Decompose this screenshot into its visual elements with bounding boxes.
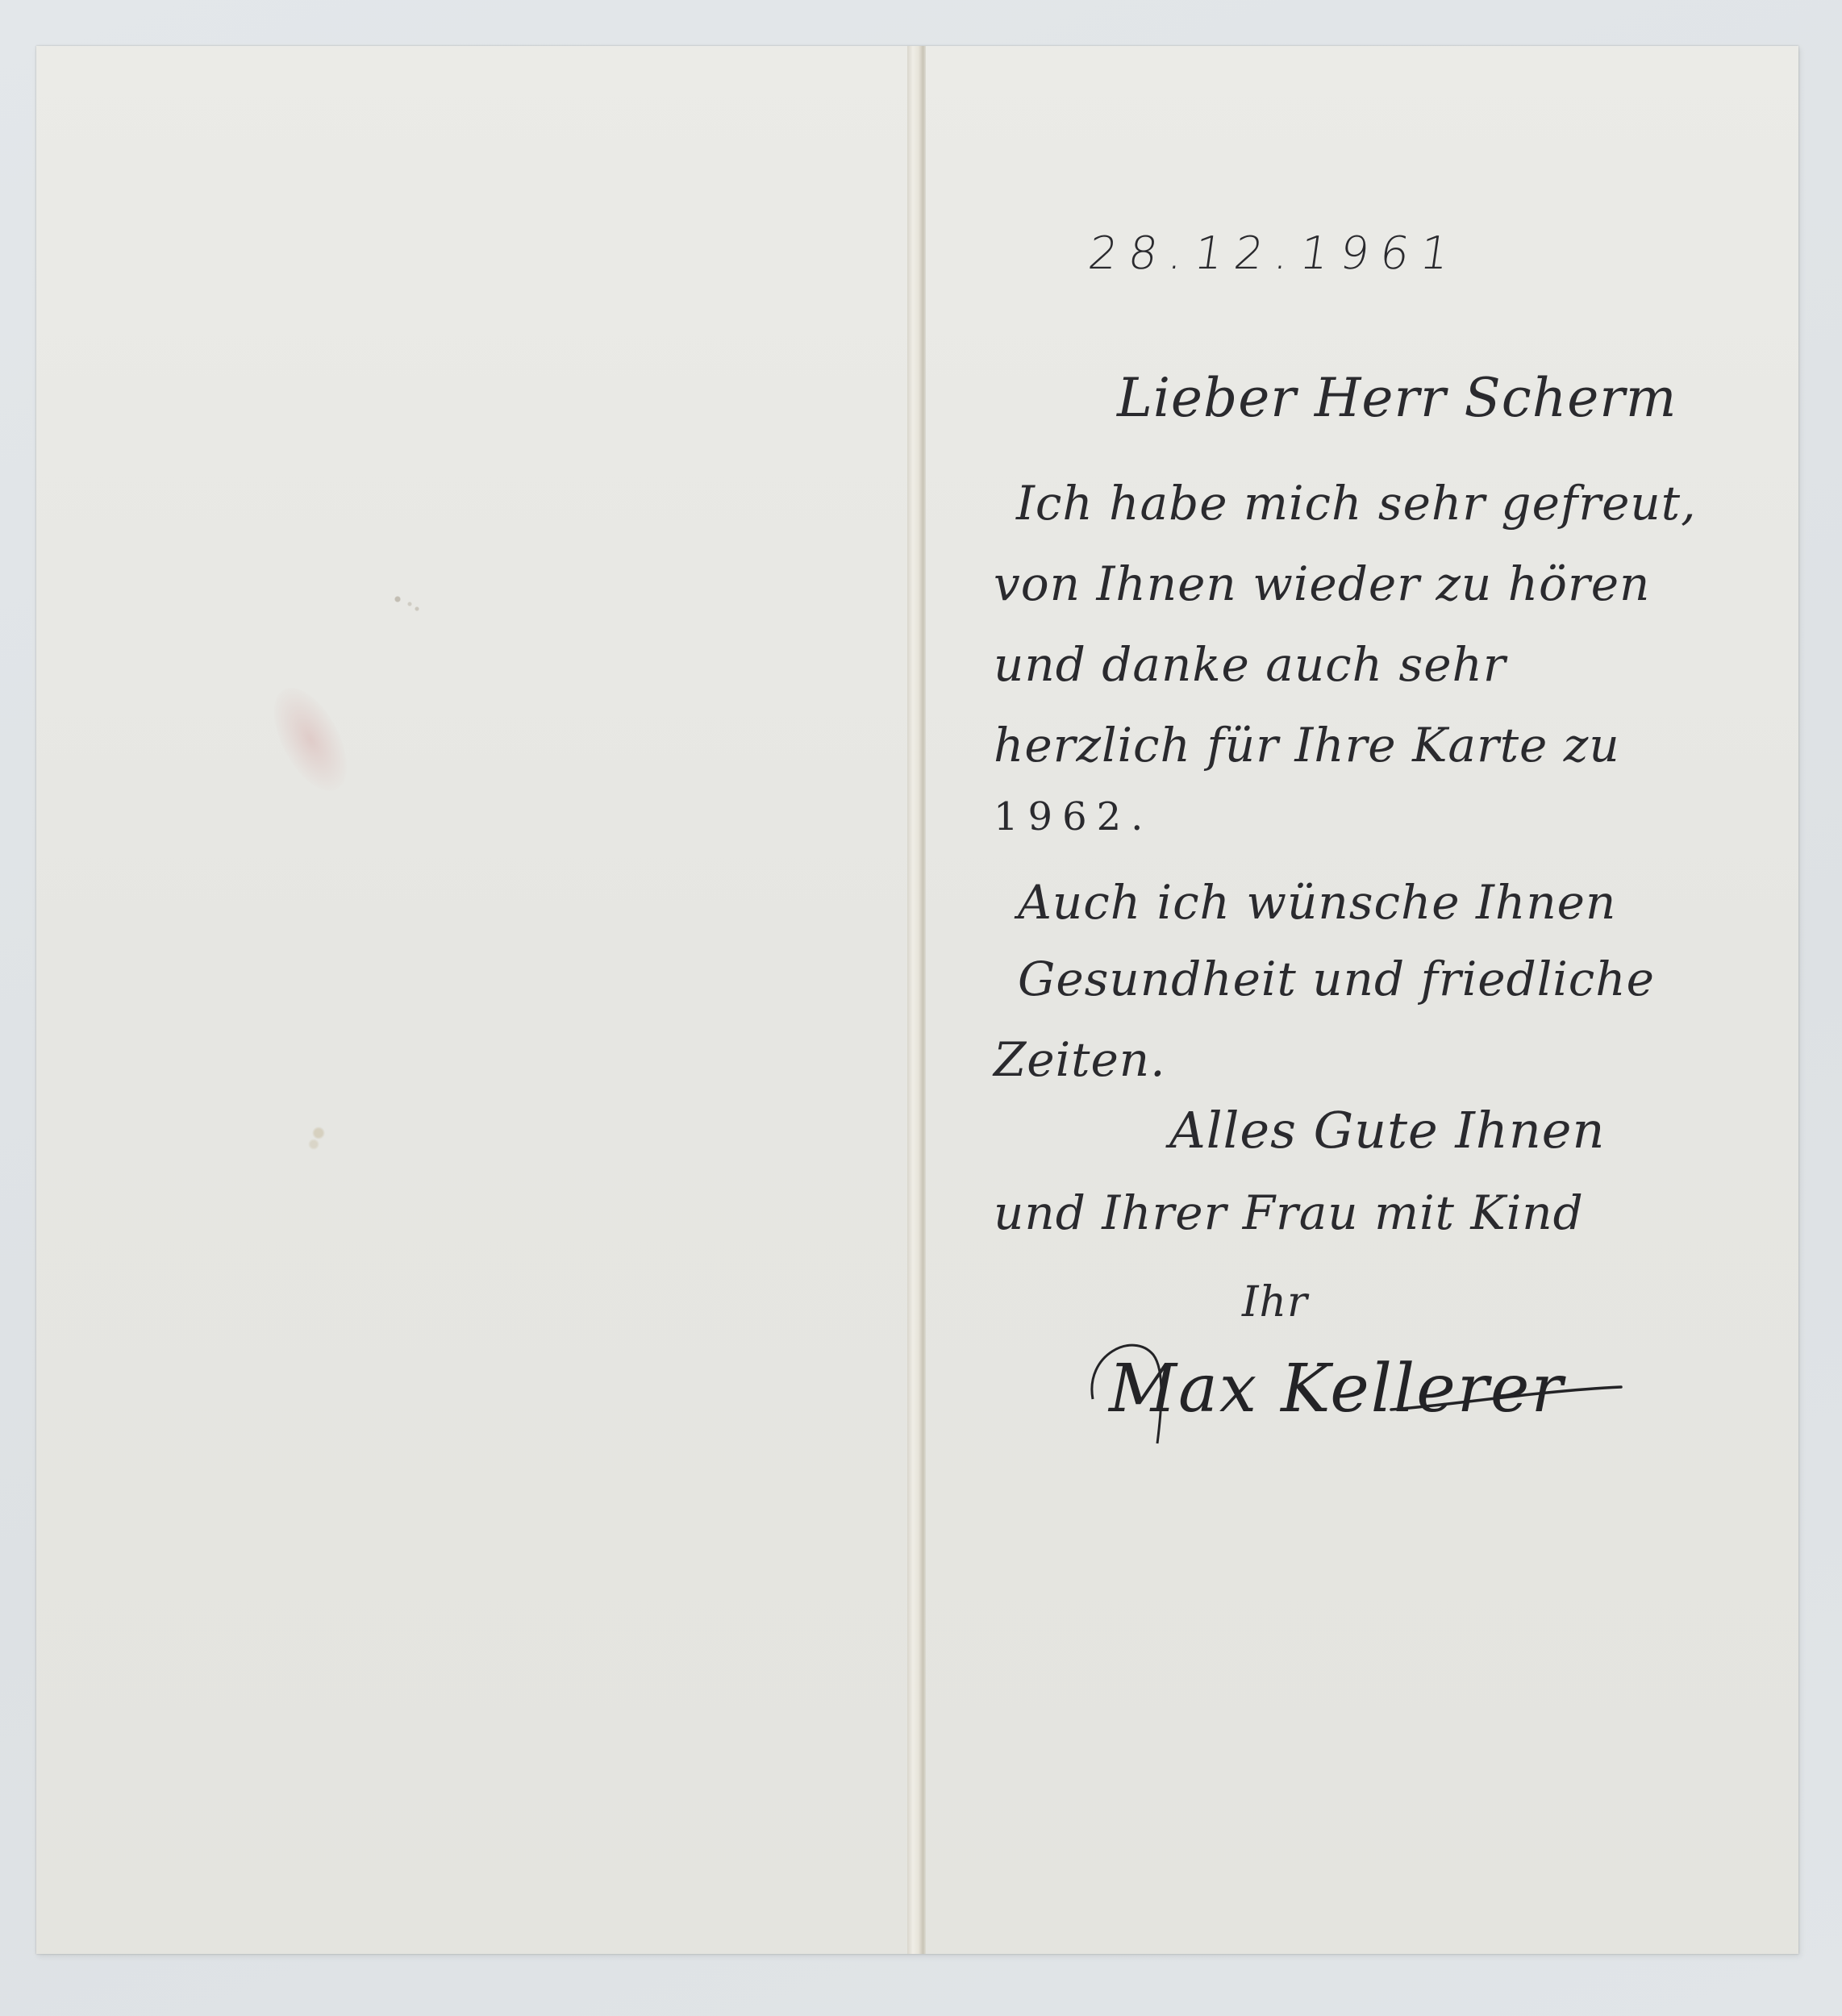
closing-line: Alles Gute Ihnen xyxy=(1169,1101,1605,1160)
body-line: Zeiten. xyxy=(994,1032,1166,1087)
letter-salutation: Lieber Herr Scherm xyxy=(1117,367,1677,429)
speck-marks-upper xyxy=(383,586,431,619)
left-page-blank xyxy=(36,46,907,1954)
body-line: von Ihnen wieder zu hören xyxy=(994,556,1650,611)
signature: Max Kellerer xyxy=(1085,1322,1649,1452)
body-line: herzlich für Ihre Karte zu xyxy=(994,718,1620,773)
letter-date: 28.12.1961 xyxy=(1085,227,1464,280)
body-line-year: 1962. xyxy=(994,794,1152,839)
speck-marks-lower xyxy=(294,1110,343,1167)
body-line: Auch ich wünsche Ihnen xyxy=(1018,875,1616,930)
signature-name: Max Kellerer xyxy=(1109,1351,1565,1427)
body-line: Ich habe mich sehr gefreut, xyxy=(1016,476,1697,531)
body-line: Gesundheit und friedliche xyxy=(1018,952,1655,1006)
body-line: und danke auch sehr xyxy=(994,637,1507,692)
closing-ihr: Ihr xyxy=(1242,1278,1308,1327)
center-fold xyxy=(907,46,926,1954)
closing-line: und Ihrer Frau mit Kind xyxy=(994,1185,1584,1240)
pink-stain-mark xyxy=(259,677,362,802)
